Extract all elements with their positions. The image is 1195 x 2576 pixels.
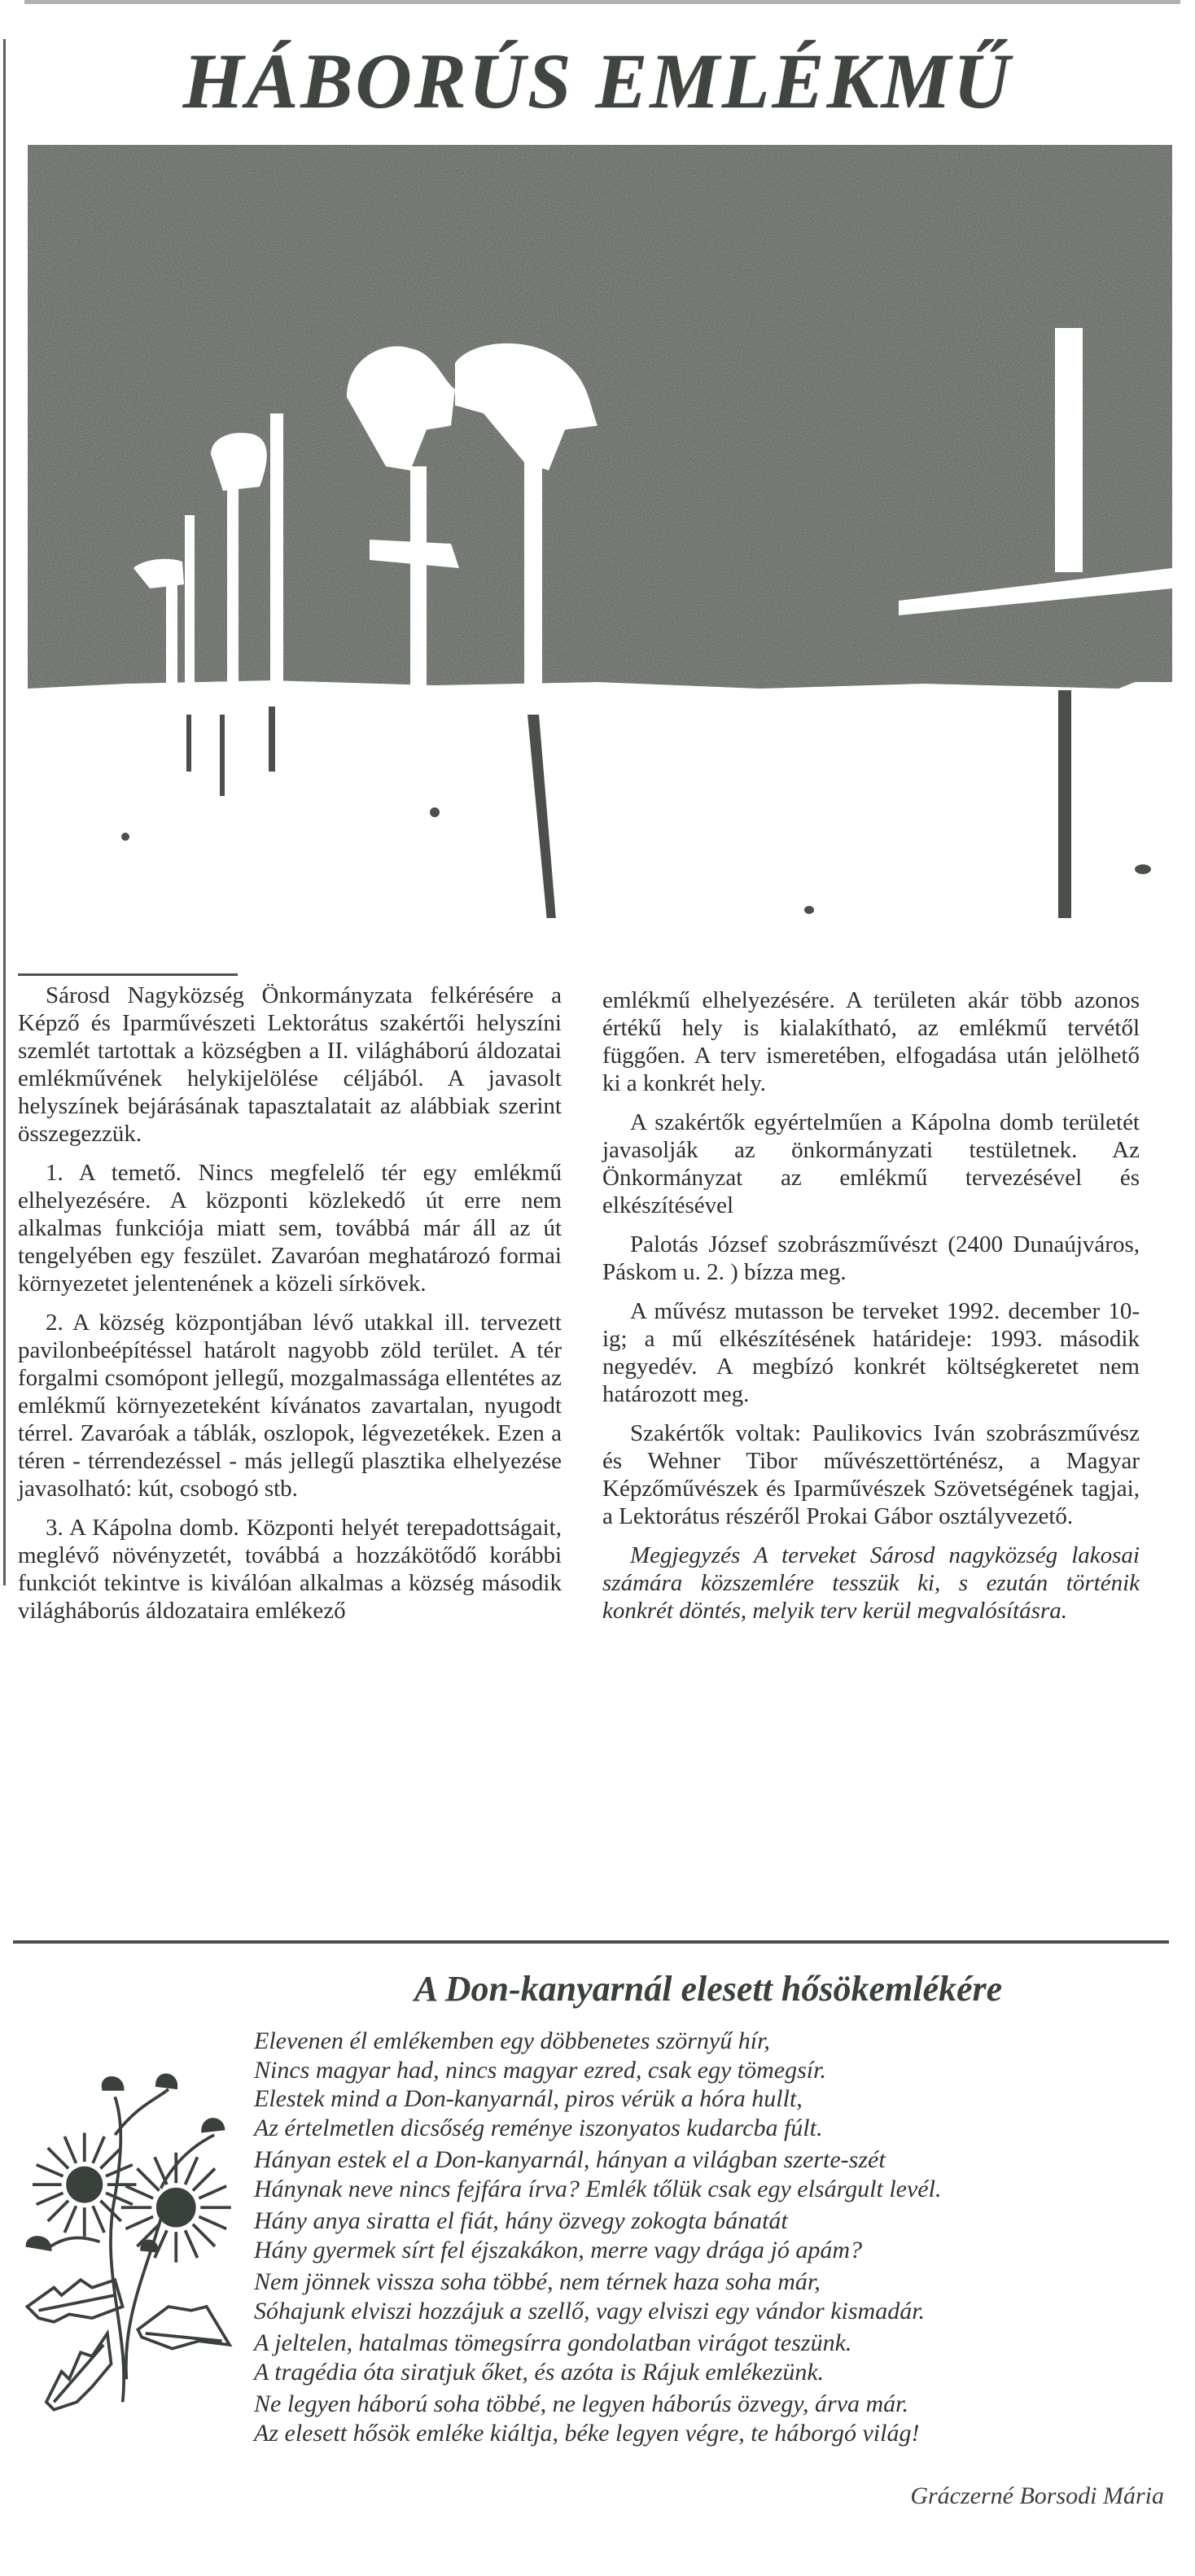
poem-line: Hány gyermek sírt fel éjszakákon, merre … [254, 2236, 1182, 2265]
page-top-edge [24, 0, 1180, 4]
poem-line: Sóhajunk elviszi hozzájuk a szellő, vagy… [254, 2297, 1182, 2326]
poem-line: Elestek mind a Don-kanyarnál, piros vérü… [254, 2084, 1182, 2114]
poem-stanza-3: Hány anya siratta el fiát, hány özvegy z… [254, 2206, 1182, 2264]
section-divider [13, 1940, 1169, 1944]
poem-body: Elevenen él emlékemben egy döbbenetes sz… [254, 2027, 1182, 2451]
poem-line: A tragédia óta siratjuk őket, és azóta i… [254, 2358, 1182, 2387]
left-margin-rule [3, 39, 6, 1585]
poem-author: Gráczerné Borsodi Mária [910, 2482, 1164, 2510]
poem-stanza-2: Hányan estek el a Don-kanyarnál, hányan … [254, 2145, 1182, 2203]
note-paragraph: Megjegyzés A terveket Sárosd nagyközség … [602, 1542, 1140, 1625]
poem-stanza-5: A jeltelen, hatalmas tömegsírra gondolat… [254, 2329, 1182, 2386]
flower-illustration-icon [8, 2043, 252, 2425]
item-3-paragraph: 3. A Kápolna domb. Központi helyét terep… [18, 1514, 562, 1625]
poem-line: Hánynak neve nincs fejfára írva? Emlék t… [254, 2175, 1182, 2204]
poem-stanza-6: Ne legyen háború soha többé, ne legyen h… [254, 2390, 1182, 2447]
experts-paragraph: Szakértők voltak: Paulikovics Iván szobr… [602, 1419, 1140, 1530]
recommendation-paragraph: A szakértők egyértelműen a Kápolna domb … [602, 1109, 1140, 1219]
poem-line: Az elesett hősök emléke kiáltja, béke le… [254, 2419, 1182, 2448]
poem-title: A Don-kanyarnál elesett hősökemlékére [334, 1968, 1083, 2010]
poem-line: Ne legyen háború soha többé, ne legyen h… [254, 2390, 1182, 2419]
artist-paragraph: Palotás József szobrászművészt (2400 Dun… [602, 1231, 1140, 1286]
poem-line: Hány anya siratta el fiát, hány özvegy z… [254, 2206, 1182, 2236]
item-1-paragraph: 1. A temető. Nincs megfelelő tér egy eml… [18, 1159, 562, 1297]
poem-line: Nem jönnek vissza soha többé, nem térnek… [254, 2268, 1182, 2297]
item-2-paragraph: 2. A község központjában lévő utakkal il… [18, 1309, 562, 1502]
article-left-column: Sárosd Nagyközség Önkormányzata felkérés… [18, 970, 562, 1636]
helmets-on-crosses-image [28, 145, 1172, 918]
poem-line: Hányan estek el a Don-kanyarnál, hányan … [254, 2145, 1182, 2175]
poem-line: Elevenen él emlékemben egy döbbenetes sz… [254, 2027, 1182, 2056]
poem-line: A jeltelen, hatalmas tömegsírra gondolat… [254, 2329, 1182, 2358]
intro-paragraph: Sárosd Nagyközség Önkormányzata felkérés… [18, 982, 562, 1148]
poem-stanza-4: Nem jönnek vissza soha többé, nem térnek… [254, 2268, 1182, 2325]
article-right-column: emlékmű elhelyezésére. A területen akár … [602, 986, 1140, 1636]
poem-stanza-1: Elevenen él emlékemben egy döbbenetes sz… [254, 2027, 1182, 2142]
poem-line: Az értelmetlen dicsőség reménye iszonyat… [254, 2114, 1182, 2143]
article-title: HÁBORÚS EMLÉKMŰ [0, 36, 1195, 126]
continuation-paragraph: emlékmű elhelyezésére. A területen akár … [602, 986, 1140, 1097]
poem-line: Nincs magyar had, nincs magyar ezred, cs… [254, 2056, 1182, 2085]
deadline-paragraph: A művész mutasson be terveket 1992. dece… [602, 1297, 1140, 1408]
memorial-photo [28, 145, 1172, 918]
